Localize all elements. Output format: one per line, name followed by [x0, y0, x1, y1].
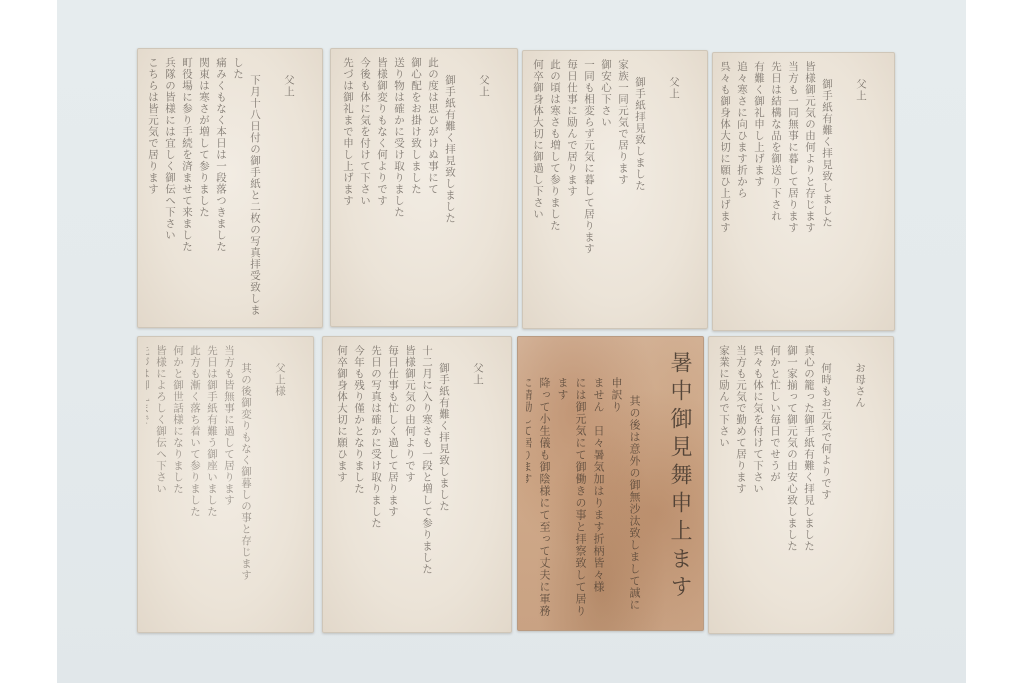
body-text: 其の後御変りもなく御暮しの事と存じます 当方も皆無事に過して居ります 先日は御手… — [146, 345, 252, 581]
salutation: 父上 — [478, 74, 490, 97]
body-text: 御手紙有難く拝見致しました 十二月に入り寒さも一段と増して参りました 皆様御元気… — [336, 345, 450, 575]
postcard-top-1: 父上 下月十八日付の御手紙と二枚の写真拝受致しました 痛みくもなく本日は一段落つ… — [137, 48, 323, 328]
postcard-bottom-3-summer-greeting: 暑中御見舞申上ます 其の後は意外の御無沙汰致しまして誠に申訳り ません 日々暑気… — [517, 336, 704, 631]
postcard-bottom-4: お母さん 何時もお元気で何よりです 真心の籠った御手紙有難く拝見しました 御一家… — [708, 336, 894, 634]
salutation: 父上様 — [274, 362, 286, 397]
body-text: 下月十八日付の御手紙と二枚の写真拝受致しました 痛みくもなく本日は一段落つきまし… — [146, 57, 261, 316]
salutation: 父上 — [472, 362, 484, 385]
body-text: 御手紙拝見致しました 家族一同元気で居ります 御安心下さい 一同も相変らず元気に… — [532, 59, 646, 255]
postcard-bottom-2: 父上 御手紙有難く拝見致しました 十二月に入り寒さも一段と増して参りました 皆様… — [322, 336, 512, 633]
salutation: お母さん — [854, 362, 866, 408]
handwritten-text: 父上 御手紙有難く拝見致しました 十二月に入り寒さも一段と増して参りました 皆様… — [331, 345, 503, 622]
handwritten-text: お母さん 何時もお元気で何よりです 真心の籠った御手紙有難く拝見しました 御一家… — [717, 345, 885, 623]
salutation: 父上 — [283, 74, 295, 97]
body-text: 御手紙有難く拝見致しました 皆様御元気の由何よりと存じます 当方も一同無事に暮し… — [721, 61, 833, 234]
handwritten-text: 其の後は意外の御無沙汰致しまして誠に申訳り ません 日々暑気加はります折柄皆々様… — [526, 377, 661, 620]
handwritten-text: 父上 御手紙有難く拝見致しました 此の度は思ひがけぬ事にて 御心配をお掛け致しま… — [339, 57, 509, 316]
postcard-bottom-1: 父上様 其の後御変りもなく御暮しの事と存じます 当方も皆無事に過して居ります 先… — [137, 336, 314, 633]
postcard-top-4: 父上 御手紙有難く拝見致しました 皆様御元気の由何よりと存じます 当方も一同無事… — [712, 52, 895, 331]
salutation: 父上 — [668, 76, 680, 99]
postcard-top-3: 父上 御手紙拝見致しました 家族一同元気で居ります 御安心下さい 一同も相変らず… — [522, 50, 708, 329]
handwritten-text: 父上 下月十八日付の御手紙と二枚の写真拝受致しました 痛みくもなく本日は一段落つ… — [146, 57, 314, 317]
body-text: 何時もお元気で何よりです 真心の籠った御手紙有難く拝見しました 御一家揃って御元… — [718, 345, 832, 552]
body-text: 其の後は意外の御無沙汰致しまして誠に申訳り ません 日々暑気加はります折柄皆々様… — [526, 377, 641, 617]
body-text: 御手紙有難く拝見致しました 此の度は思ひがけぬ事にて 御心配をお掛け致しました … — [342, 57, 456, 224]
postcard-top-2: 父上 御手紙有難く拝見致しました 此の度は思ひがけぬ事にて 御心配をお掛け致しま… — [330, 48, 518, 327]
handwritten-text: 父上 御手紙有難く拝見致しました 皆様御元気の由何よりと存じます 当方も一同無事… — [721, 61, 886, 320]
card-heading: 暑中御見舞申上ます — [664, 351, 695, 603]
handwritten-text: 父上様 其の後御変りもなく御暮しの事と存じます 当方も皆無事に過して居ります 先… — [146, 345, 305, 622]
salutation: 父上 — [855, 78, 867, 101]
handwritten-text: 父上 御手紙拝見致しました 家族一同元気で居ります 御安心下さい 一同も相変らず… — [531, 59, 699, 318]
